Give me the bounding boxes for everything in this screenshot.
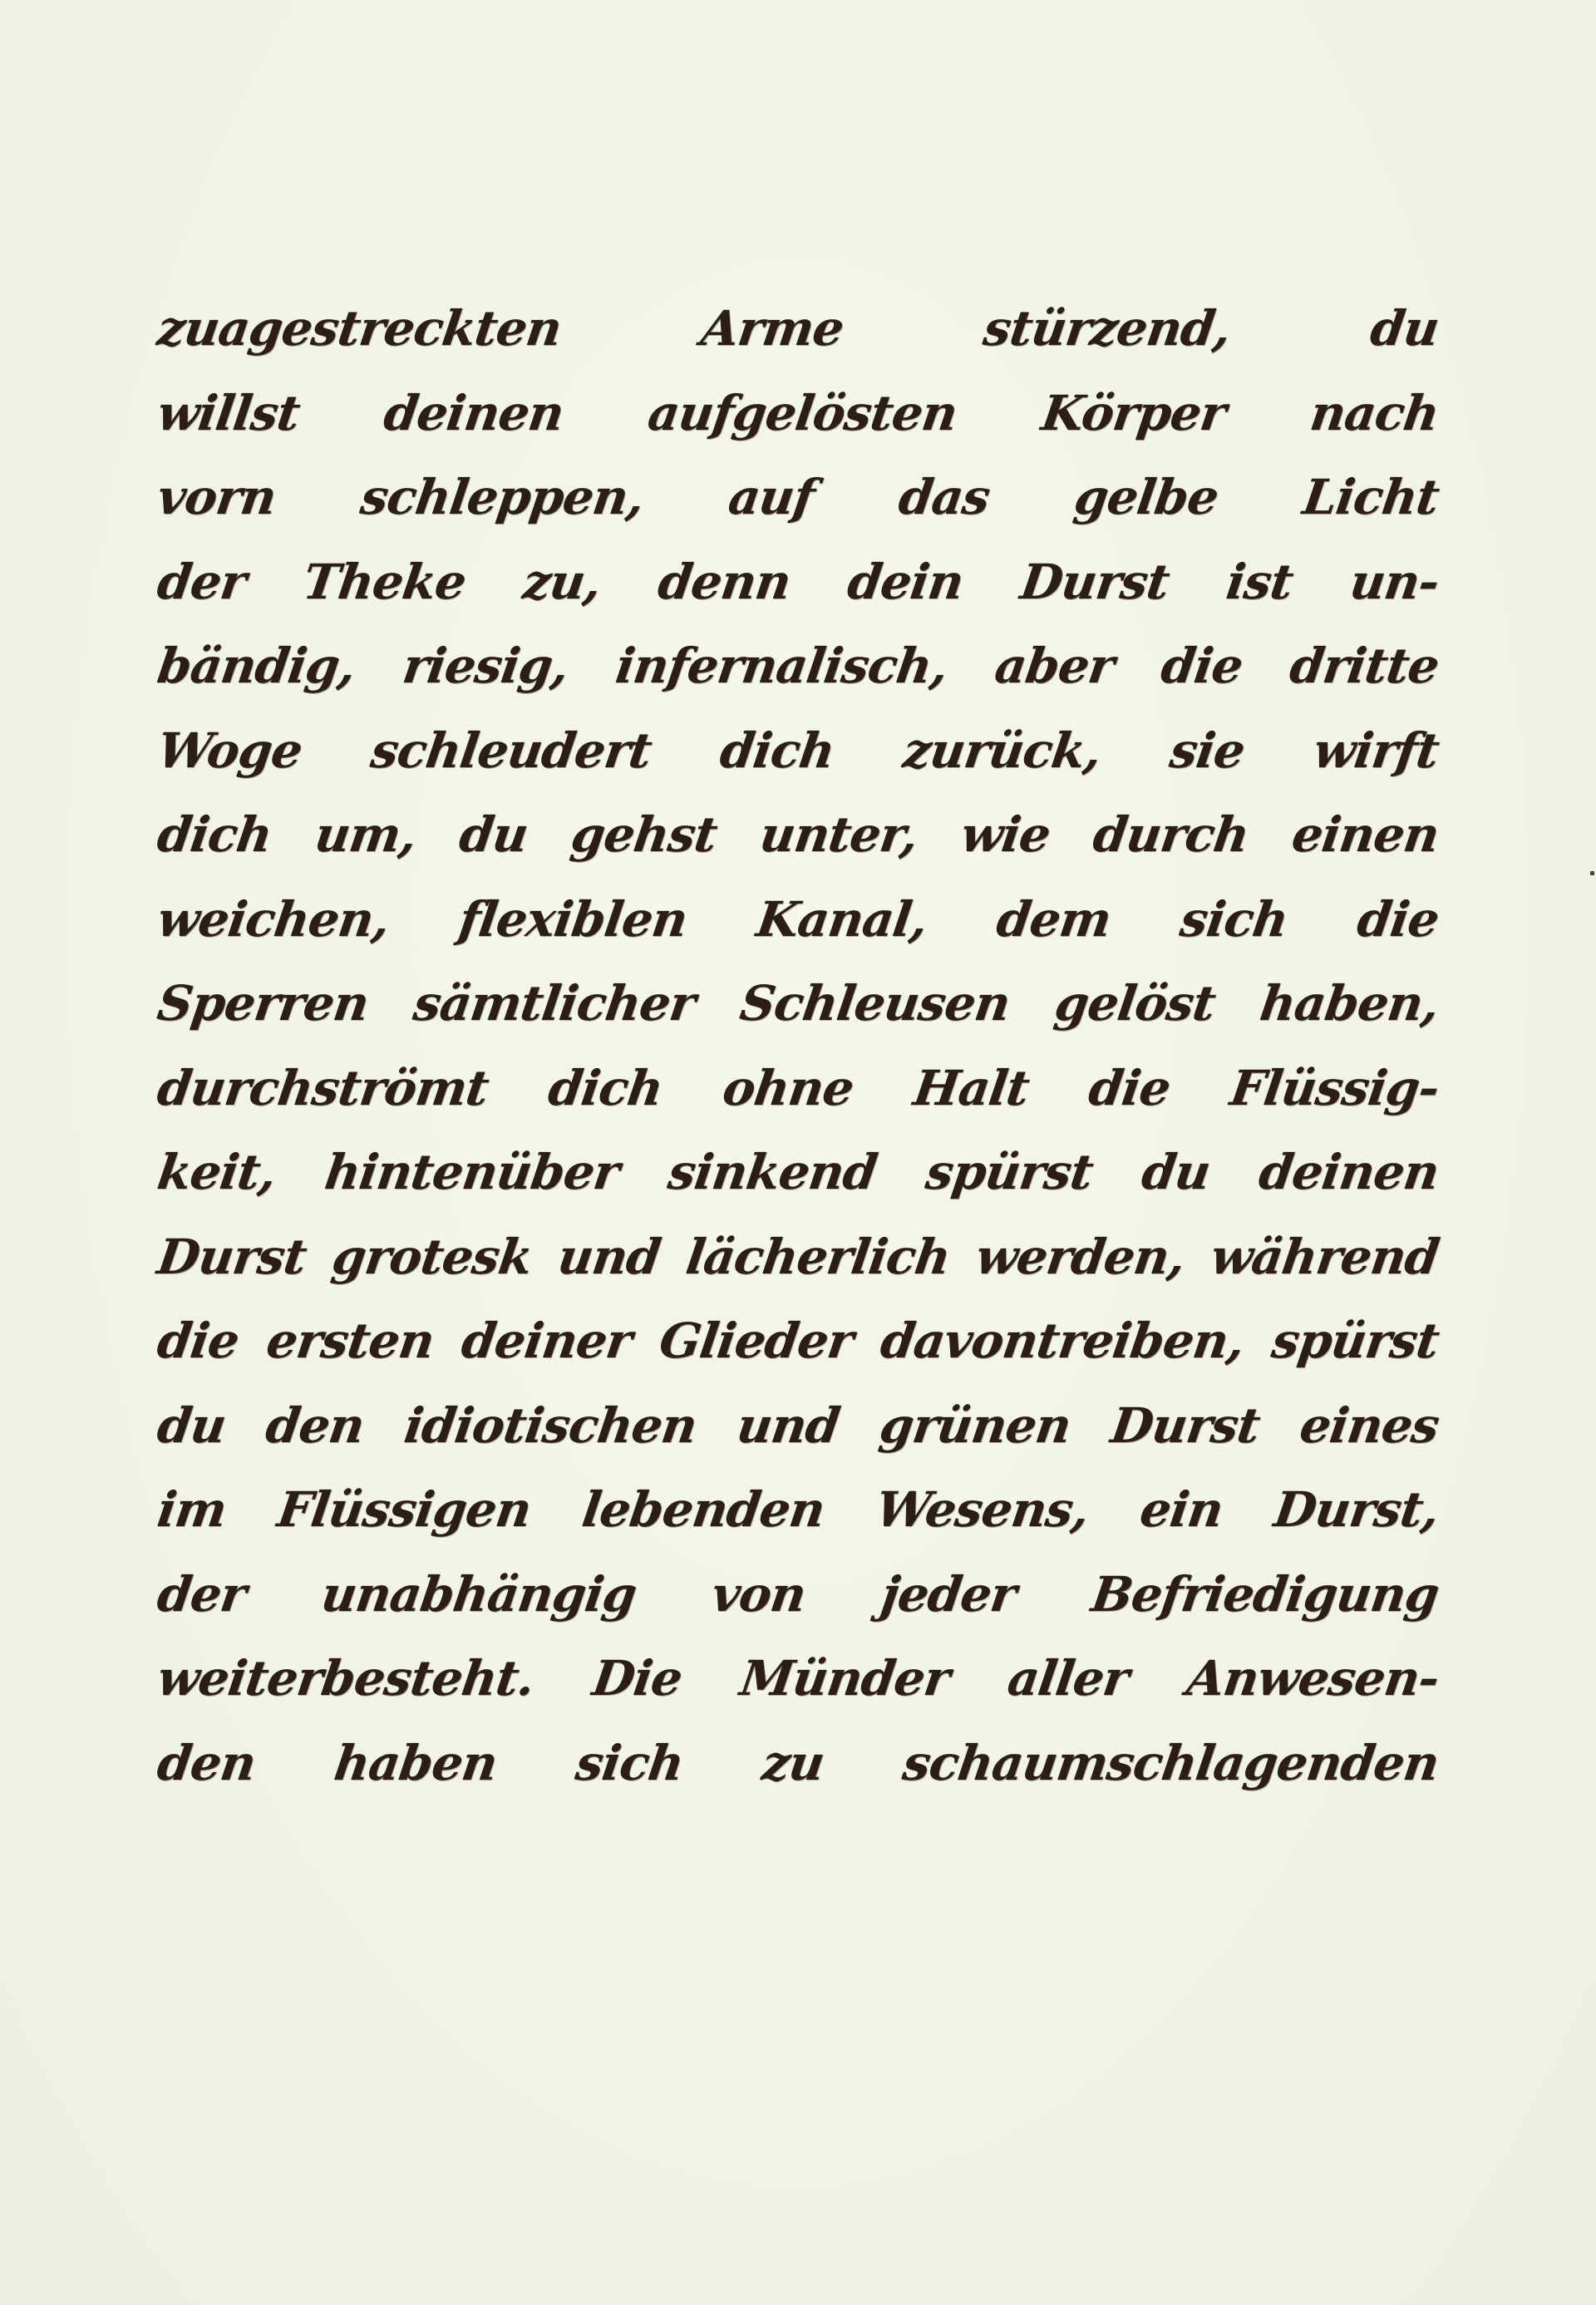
manuscript-line: du den idiotischen und grünen Durst eine… — [152, 1384, 1444, 1469]
manuscript-line: den haben sich zu schaumschlagenden — [152, 1721, 1444, 1806]
manuscript-line: der Theke zu, denn dein Durst ist un- — [152, 540, 1444, 625]
manuscript-line: willst deinen aufgelösten Körper nach — [152, 372, 1444, 456]
manuscript-line: bändig, riesig, infernalisch, aber die d… — [152, 624, 1444, 709]
handwritten-text-block: zuagestreckten Arme stürzend, du willst … — [158, 287, 1438, 1805]
manuscript-page: zuagestreckten Arme stürzend, du willst … — [0, 0, 1596, 2305]
manuscript-line: Sperren sämtlicher Schleusen gelöst habe… — [152, 962, 1444, 1047]
manuscript-line: vorn schleppen, auf das gelbe Licht — [152, 456, 1444, 540]
manuscript-line: dich um, du gehst unter, wie durch einen — [152, 793, 1444, 878]
paper-speck — [1590, 871, 1594, 875]
manuscript-line: weiterbesteht. Die Münder aller Anwesen- — [152, 1637, 1444, 1721]
manuscript-line: zuagestreckten Arme stürzend, du — [152, 287, 1444, 372]
manuscript-line: Durst grotesk und lächerlich werden, wäh… — [152, 1215, 1444, 1300]
manuscript-line: Woge schleudert dich zurück, sie wirft — [152, 709, 1444, 794]
manuscript-line: die ersten deiner Glieder davontreiben, … — [152, 1299, 1444, 1384]
manuscript-line: durchströmt dich ohne Halt die Flüssig- — [152, 1047, 1444, 1131]
manuscript-line: der unabhängig von jeder Befriedigung — [152, 1553, 1444, 1638]
manuscript-line: im Flüssigen lebenden Wesens, ein Durst, — [152, 1468, 1444, 1553]
manuscript-line: weichen, flexiblen Kanal, dem sich die — [152, 878, 1444, 963]
manuscript-line: keit, hintenüber sinkend spürst du deine… — [152, 1130, 1444, 1215]
